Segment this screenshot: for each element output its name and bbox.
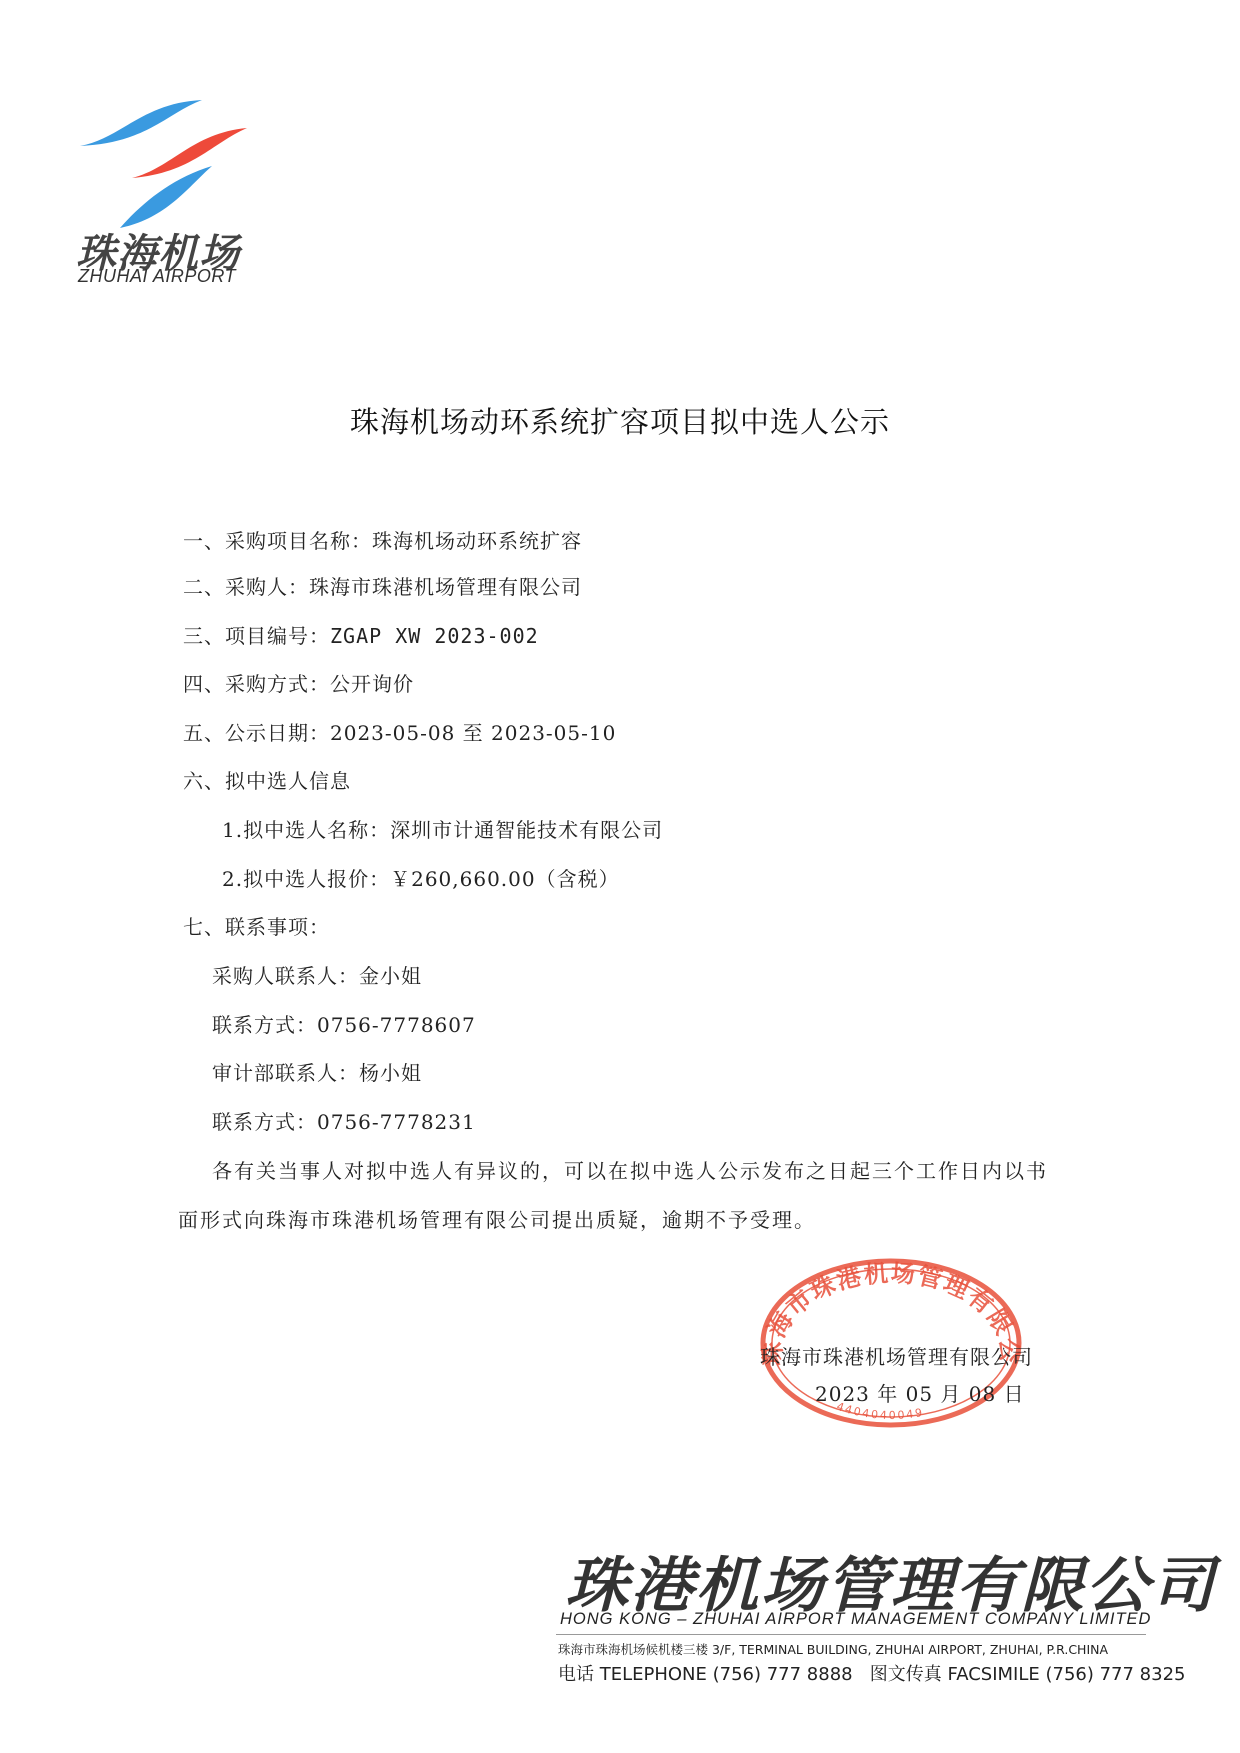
logo-english-name: ZHUHAI AIRPORT bbox=[78, 266, 236, 287]
purchaser-contact: 采购人联系人：金小姐 bbox=[212, 960, 422, 989]
item-publicity-dates: 五、公示日期：2023-05-08 至 2023-05-10 bbox=[183, 717, 616, 746]
item-value: 0756-7778607 bbox=[317, 1013, 476, 1037]
footer-address: 珠海市珠海机场候机楼三楼 3/F, TERMINAL BUILDING, ZHU… bbox=[558, 1640, 1108, 1658]
footer-contact: 电话 TELEPHONE (756) 777 8888 图文传真 FACSIMI… bbox=[558, 1660, 1186, 1686]
item-label: 1.拟中选人名称： bbox=[222, 818, 390, 842]
footer-fax: 图文传真 FACSIMILE (756) 777 8325 bbox=[870, 1664, 1186, 1685]
footer-telephone: 电话 TELEPHONE (756) 777 8888 bbox=[558, 1664, 853, 1685]
item-value: ￥260,660.00（含税） bbox=[390, 867, 620, 891]
footer-divider bbox=[556, 1634, 1146, 1635]
item-project-number: 三、项目编号：ZGAP XW 2023-002 bbox=[183, 620, 539, 649]
item-label: 五、公示日期： bbox=[183, 721, 330, 745]
item-value: 珠海机场动环系统扩容 bbox=[372, 529, 582, 553]
item-label: 2.拟中选人报价： bbox=[222, 867, 390, 891]
item-label: 采购人联系人： bbox=[212, 964, 359, 988]
signature-date: 2023 年 05 月 08 日 bbox=[815, 1378, 1025, 1407]
purchaser-phone: 联系方式：0756-7778607 bbox=[212, 1009, 476, 1038]
contact-header: 七、联系事项： bbox=[183, 911, 330, 940]
candidate-price: 2.拟中选人报价：￥260,660.00（含税） bbox=[222, 863, 620, 892]
item-purchaser: 二、采购人：珠海市珠港机场管理有限公司 bbox=[183, 571, 582, 600]
notice-paragraph-line-1: 各有关当事人对拟中选人有异议的，可以在拟中选人公示发布之日起三个工作日内以书 bbox=[212, 1155, 1048, 1184]
item-label: 四、采购方式： bbox=[183, 672, 330, 696]
item-label: 联系方式： bbox=[212, 1110, 317, 1134]
notice-paragraph-line-2: 面形式向珠海市珠港机场管理有限公司提出质疑，逾期不予受理。 bbox=[178, 1204, 816, 1233]
item-label: 联系方式： bbox=[212, 1013, 317, 1037]
item-label: 六、拟中选人信息 bbox=[183, 769, 351, 793]
item-label: 二、采购人： bbox=[183, 575, 309, 599]
item-value: 2023-05-08 至 2023-05-10 bbox=[330, 721, 616, 745]
item-label: 三、项目编号： bbox=[183, 624, 330, 648]
signature-company: 珠海市珠港机场管理有限公司 bbox=[760, 1341, 1033, 1370]
item-value: 金小姐 bbox=[359, 964, 422, 988]
item-value: ZGAP XW 2023-002 bbox=[330, 624, 539, 648]
document-title: 珠海机场动环系统扩容项目拟中选人公示 bbox=[0, 400, 1240, 441]
item-value: 0756-7778231 bbox=[317, 1110, 476, 1134]
item-project-name: 一、采购项目名称：珠海机场动环系统扩容 bbox=[183, 525, 582, 554]
audit-contact: 审计部联系人：杨小姐 bbox=[212, 1057, 422, 1086]
item-candidate-info-header: 六、拟中选人信息 bbox=[183, 765, 351, 794]
item-value: 公开询价 bbox=[330, 672, 414, 696]
candidate-name: 1.拟中选人名称：深圳市计通智能技术有限公司 bbox=[222, 814, 663, 843]
item-value: 杨小姐 bbox=[359, 1061, 422, 1085]
audit-phone: 联系方式：0756-7778231 bbox=[212, 1106, 476, 1135]
footer-company-en: HONG KONG – ZHUHAI AIRPORT MANAGEMENT CO… bbox=[560, 1610, 1151, 1629]
item-label: 一、采购项目名称： bbox=[183, 529, 372, 553]
item-label: 审计部联系人： bbox=[212, 1061, 359, 1085]
item-value: 深圳市计通智能技术有限公司 bbox=[390, 818, 663, 842]
item-value: 珠海市珠港机场管理有限公司 bbox=[309, 575, 582, 599]
item-procurement-method: 四、采购方式：公开询价 bbox=[183, 668, 414, 697]
